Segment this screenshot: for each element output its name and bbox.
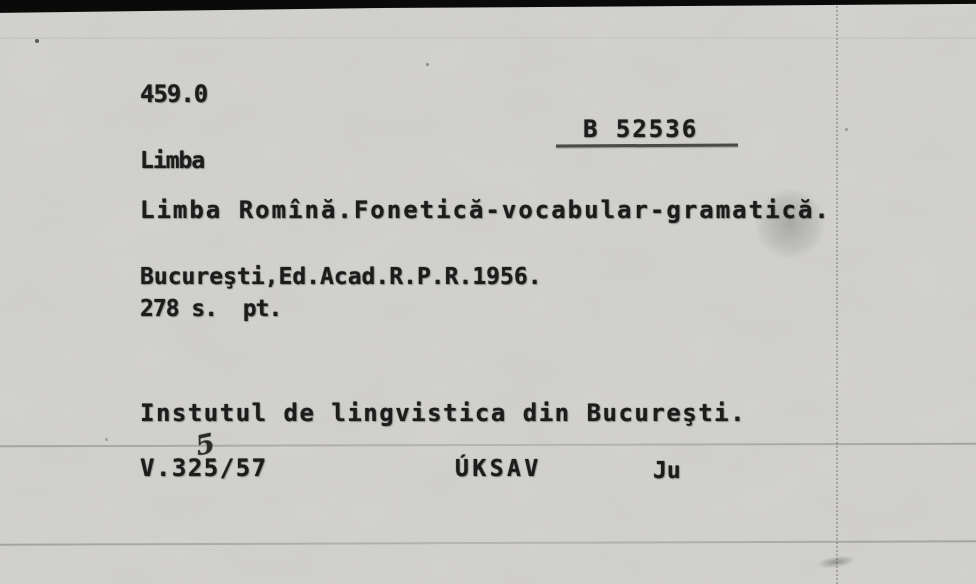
ink-stain: [742, 176, 838, 272]
ink-speck: [426, 63, 429, 66]
collation-line: 278 s. pt.: [140, 296, 281, 322]
vertical-crease-line: [836, 6, 838, 584]
ink-speck: [105, 438, 108, 441]
imprint-line: Bucureşti,Ed.Acad.R.P.R.1956.: [140, 264, 542, 290]
card-rule-bottom: [0, 540, 976, 545]
card-rule-top: [0, 37, 976, 39]
scan-top-edge: [0, 0, 976, 14]
classification-number: 459.0: [140, 80, 207, 108]
cataloguer-initials: Ju: [653, 458, 681, 484]
call-number: B 52536: [583, 115, 698, 143]
title-line: Limba Romînă.Fonetică-vocabular-gramatic…: [140, 196, 831, 224]
library-stamp: ÚKSAV: [455, 456, 542, 482]
ink-speck: [845, 128, 848, 131]
subject-heading: Limba: [140, 148, 204, 174]
card-rule-middle: [0, 443, 976, 448]
ink-speck: [35, 39, 39, 43]
call-number-underline: [556, 144, 738, 148]
catalog-card-scan: 459.0 B 52536 Limba Limba Romînă.Fonetic…: [0, 0, 976, 584]
institution-line: Instutul de lingvistica din Bucureşti.: [140, 399, 746, 427]
